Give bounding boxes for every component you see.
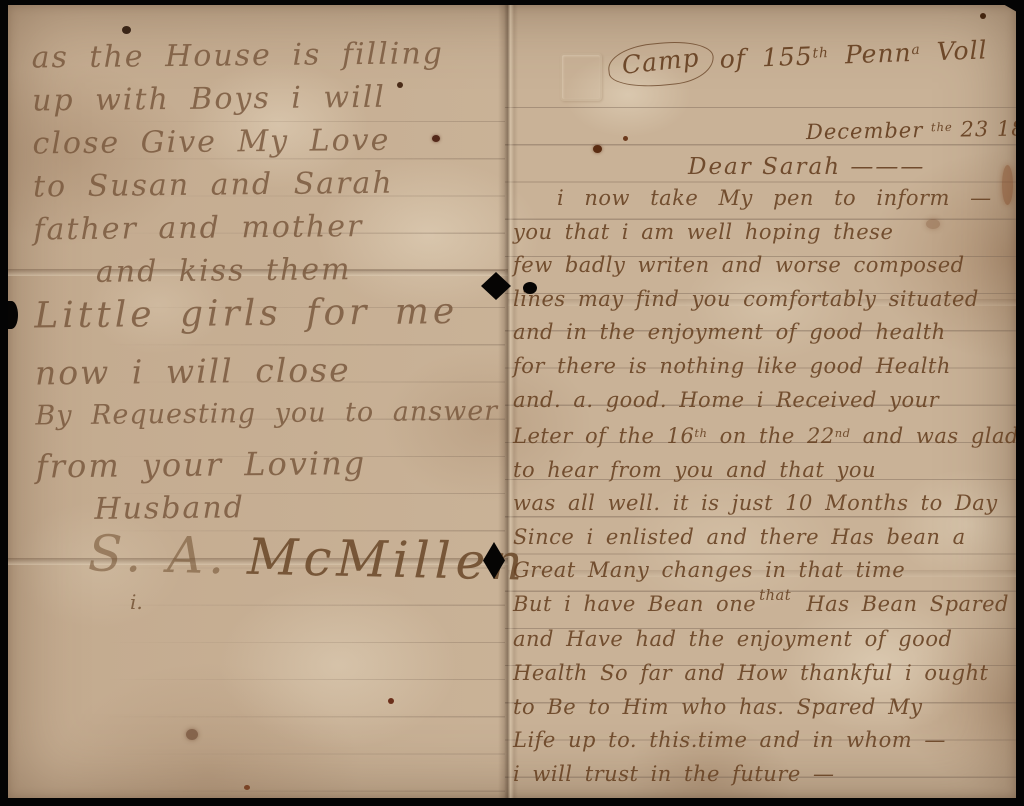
ink-spot (593, 145, 602, 153)
ink-spot (388, 698, 394, 704)
handwriting-line: Little girls for me (34, 290, 506, 338)
handwriting-line: close Give My Love (32, 118, 504, 166)
handwriting-line: Leter of the 16th on the 22nd and was gl… (513, 417, 1016, 453)
handwriting-line: and. a. good. Home i Received your (513, 384, 1016, 418)
handwriting-line: from your Loving (36, 441, 508, 489)
inserted-word-above-line: that (759, 579, 791, 613)
handwriting-line: to hear from you and that you (513, 454, 1016, 488)
signature-initials: S. A. (87, 524, 229, 585)
handwriting-line: to Susan and Sarah (33, 161, 505, 209)
handwriting-line: up with Boys i will (32, 75, 504, 123)
handwriting-line: Health So far and How thankful i ought (513, 657, 1016, 691)
letterhead-unit: of 155th Penna Voll (719, 35, 988, 73)
text-segment: of 155 (719, 41, 813, 73)
scanner-corner-shadow (996, 0, 1024, 16)
text-segment: December (806, 118, 931, 144)
letter-paper: as the House is fillingup with Boys i wi… (8, 5, 1016, 798)
handwriting-line: i now take My pen to inform — (513, 182, 1016, 216)
superscript: th (812, 45, 829, 62)
superscript: nd (835, 426, 851, 440)
text-segment: and was glad (851, 424, 1016, 448)
handwriting-line: Life up to. this.time and in whom — (513, 724, 1016, 758)
embossed-stationery-mark (560, 53, 602, 101)
letter-scan: as the House is fillingup with Boys i wi… (0, 0, 1024, 806)
handwriting-line: you that i am well hoping these (513, 216, 1016, 250)
ink-spot (623, 136, 628, 141)
ink-spot (980, 13, 986, 19)
text-segment: Penn (828, 38, 912, 70)
handwriting-line: father and mother (33, 204, 505, 252)
handwriting-line: i will trust in the future — (513, 758, 1016, 792)
handwriting-line: now i will close (35, 347, 507, 395)
handwriting-line: But i have Bean onethat Has Bean Spared (513, 588, 1016, 624)
text-segment: But i have Bean one (513, 592, 756, 616)
text-segment: 23 1864 (953, 116, 1016, 142)
handwriting-line: to Be to Him who has. Spared My (513, 691, 1016, 725)
text-segment: Voll (920, 35, 988, 66)
handwriting-line: few badly writen and worse composed (513, 249, 1016, 283)
signature: S. A.McMillen (87, 524, 528, 591)
text-segment: on the 22 (707, 424, 834, 448)
ink-spot (244, 785, 250, 790)
handwriting-line: Since i enlisted and there Has bean a (513, 521, 1016, 555)
date-line: December the 23 1864 (806, 116, 1016, 144)
handwriting-line: Husband (94, 484, 508, 531)
text-segment: Leter of the 16 (513, 424, 694, 448)
handwriting-line: By Requesting you to answer (35, 390, 507, 438)
handwriting-line: was all well. it is just 10 Months to Da… (513, 487, 1016, 521)
stray-ink-mark: i. (130, 590, 143, 614)
ink-spot (122, 26, 131, 34)
circled-word-camp: Camp (606, 37, 716, 91)
worm-hole (523, 282, 537, 294)
superscript: the (931, 120, 953, 134)
left-page-text: as the House is fillingup with Boys i wi… (31, 32, 508, 532)
paper-stain (186, 729, 198, 740)
salutation: Dear Sarah ——— (688, 154, 925, 180)
handwriting-line: and Have had the enjoyment of good (513, 623, 1016, 657)
handwriting-line: for there is nothing like good Health (513, 350, 1016, 384)
superscript: th (694, 426, 707, 440)
handwriting-line: lines may find you comfortably situated (513, 283, 1016, 317)
handwriting-line: as the House is filling (31, 32, 503, 80)
handwriting-line: and kiss them (96, 247, 506, 294)
handwriting-line: and in the enjoyment of good health (513, 316, 1016, 350)
right-page-text: i now take My pen to inform —you that i … (513, 182, 1016, 791)
text-segment: Has Bean Spared (794, 592, 1009, 616)
